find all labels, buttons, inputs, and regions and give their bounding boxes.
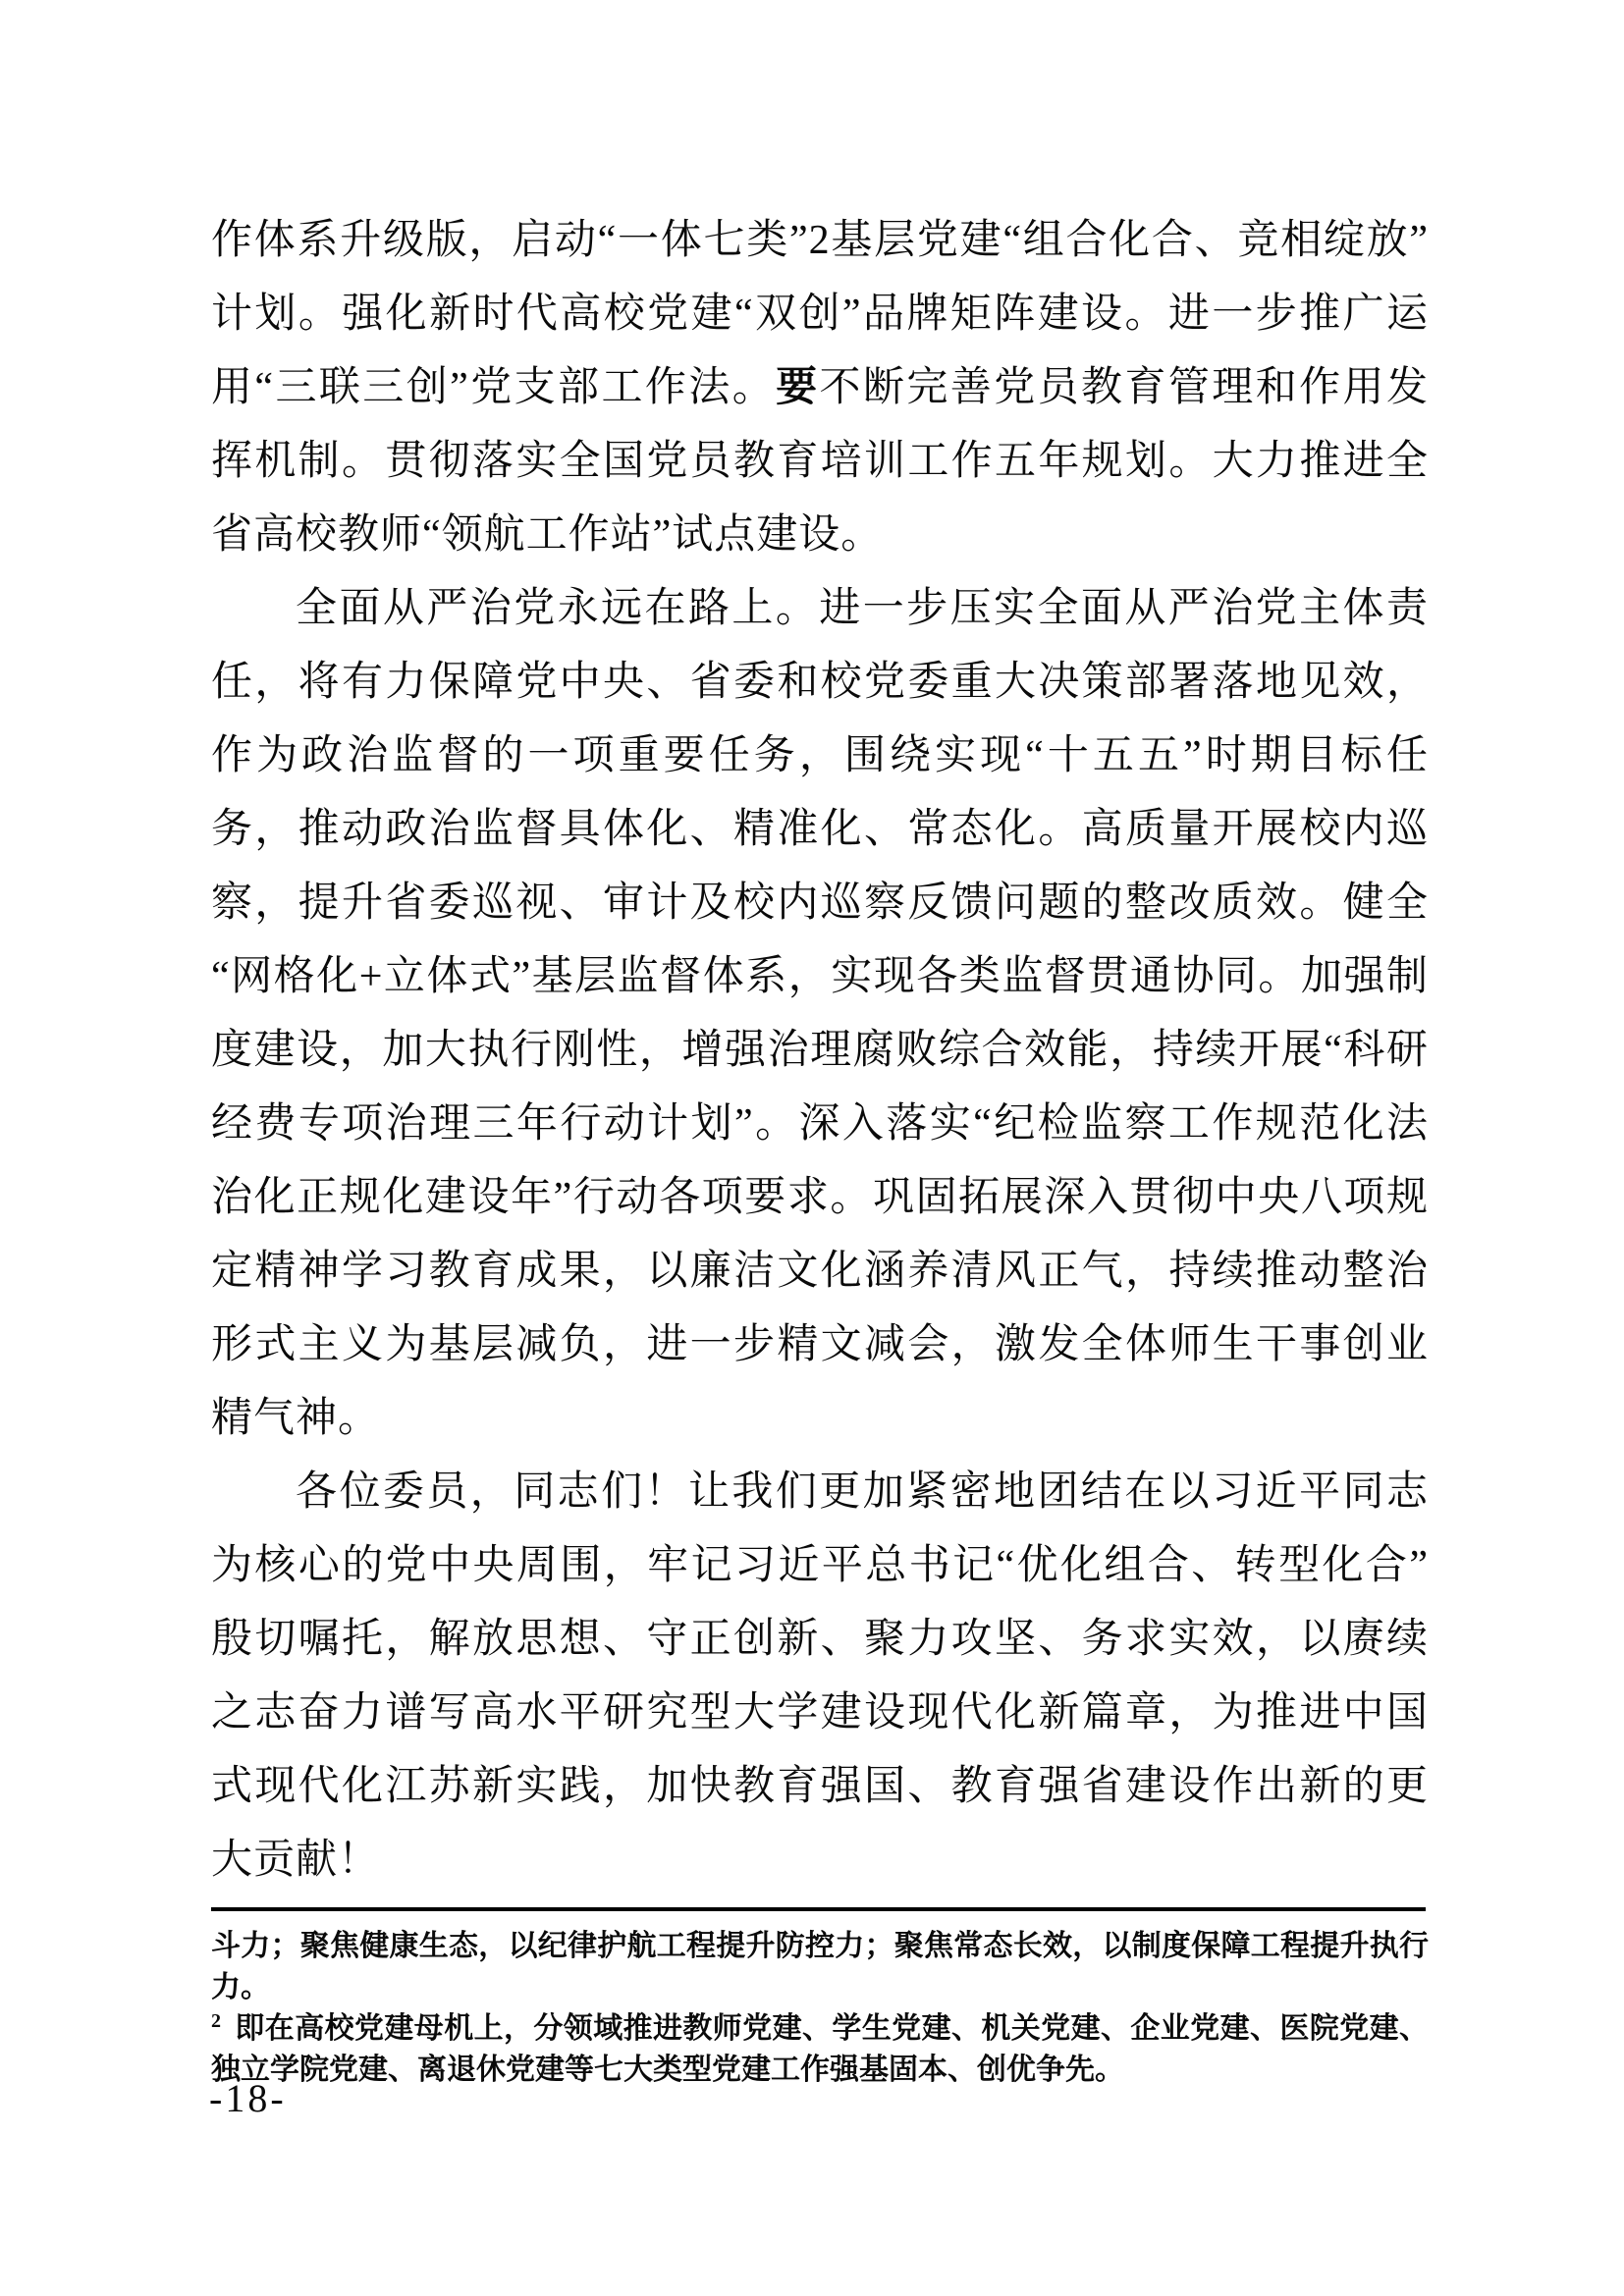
- paragraph-continuation-bold-text: 要: [776, 365, 819, 410]
- document-body: 作体系升级版，启动“一体七类”2基层党建“组合化合、竞相绽放”计划。强化新时代高…: [211, 204, 1429, 1897]
- footnote-2-marker: 2: [211, 2010, 221, 2032]
- footnotes-area: 斗力；聚焦健康生态，以纪律护航工程提升防控力；聚焦常态长效，以制度保障工程提升执…: [211, 1926, 1429, 2091]
- paragraph-closing-text: 各位委员，同志们！让我们更加紧密地团结在以习近平同志为核心的党中央周围，牢记习近…: [211, 1469, 1429, 1883]
- paragraph-party-discipline: 全面从严治党永远在路上。进一步压实全面从严治党主体责任，将有力保障党中央、省委和…: [211, 572, 1429, 1456]
- footnote-1-text: 斗力；聚焦健康生态，以纪律护航工程提升防控力；聚焦常态长效，以制度保障工程提升执…: [211, 1930, 1429, 2003]
- paragraph-party-discipline-text: 全面从严治党永远在路上。进一步压实全面从严治党主体责任，将有力保障党中央、省委和…: [211, 586, 1429, 1441]
- document-page: 作体系升级版，启动“一体七类”2基层党建“组合化合、竞相绽放”计划。强化新时代高…: [0, 0, 1624, 2296]
- footnote-2: 2即在高校党建母机上，分领域推进教师党建、学生党建、机关党建、企业党建、医院党建…: [211, 2008, 1429, 2091]
- paragraph-closing: 各位委员，同志们！让我们更加紧密地团结在以习近平同志为核心的党中央周围，牢记习近…: [211, 1456, 1429, 1897]
- footnote-1-continuation: 斗力；聚焦健康生态，以纪律护航工程提升防控力；聚焦常态长效，以制度保障工程提升执…: [211, 1926, 1429, 2008]
- page-number: -18-: [209, 2077, 287, 2120]
- footnote-separator-rule: [211, 1907, 1426, 1911]
- footnote-2-text: 即在高校党建母机上，分领域推进教师党建、学生党建、机关党建、企业党建、医院党建、…: [211, 2012, 1429, 2086]
- paragraph-continuation: 作体系升级版，启动“一体七类”2基层党建“组合化合、竞相绽放”计划。强化新时代高…: [211, 204, 1429, 572]
